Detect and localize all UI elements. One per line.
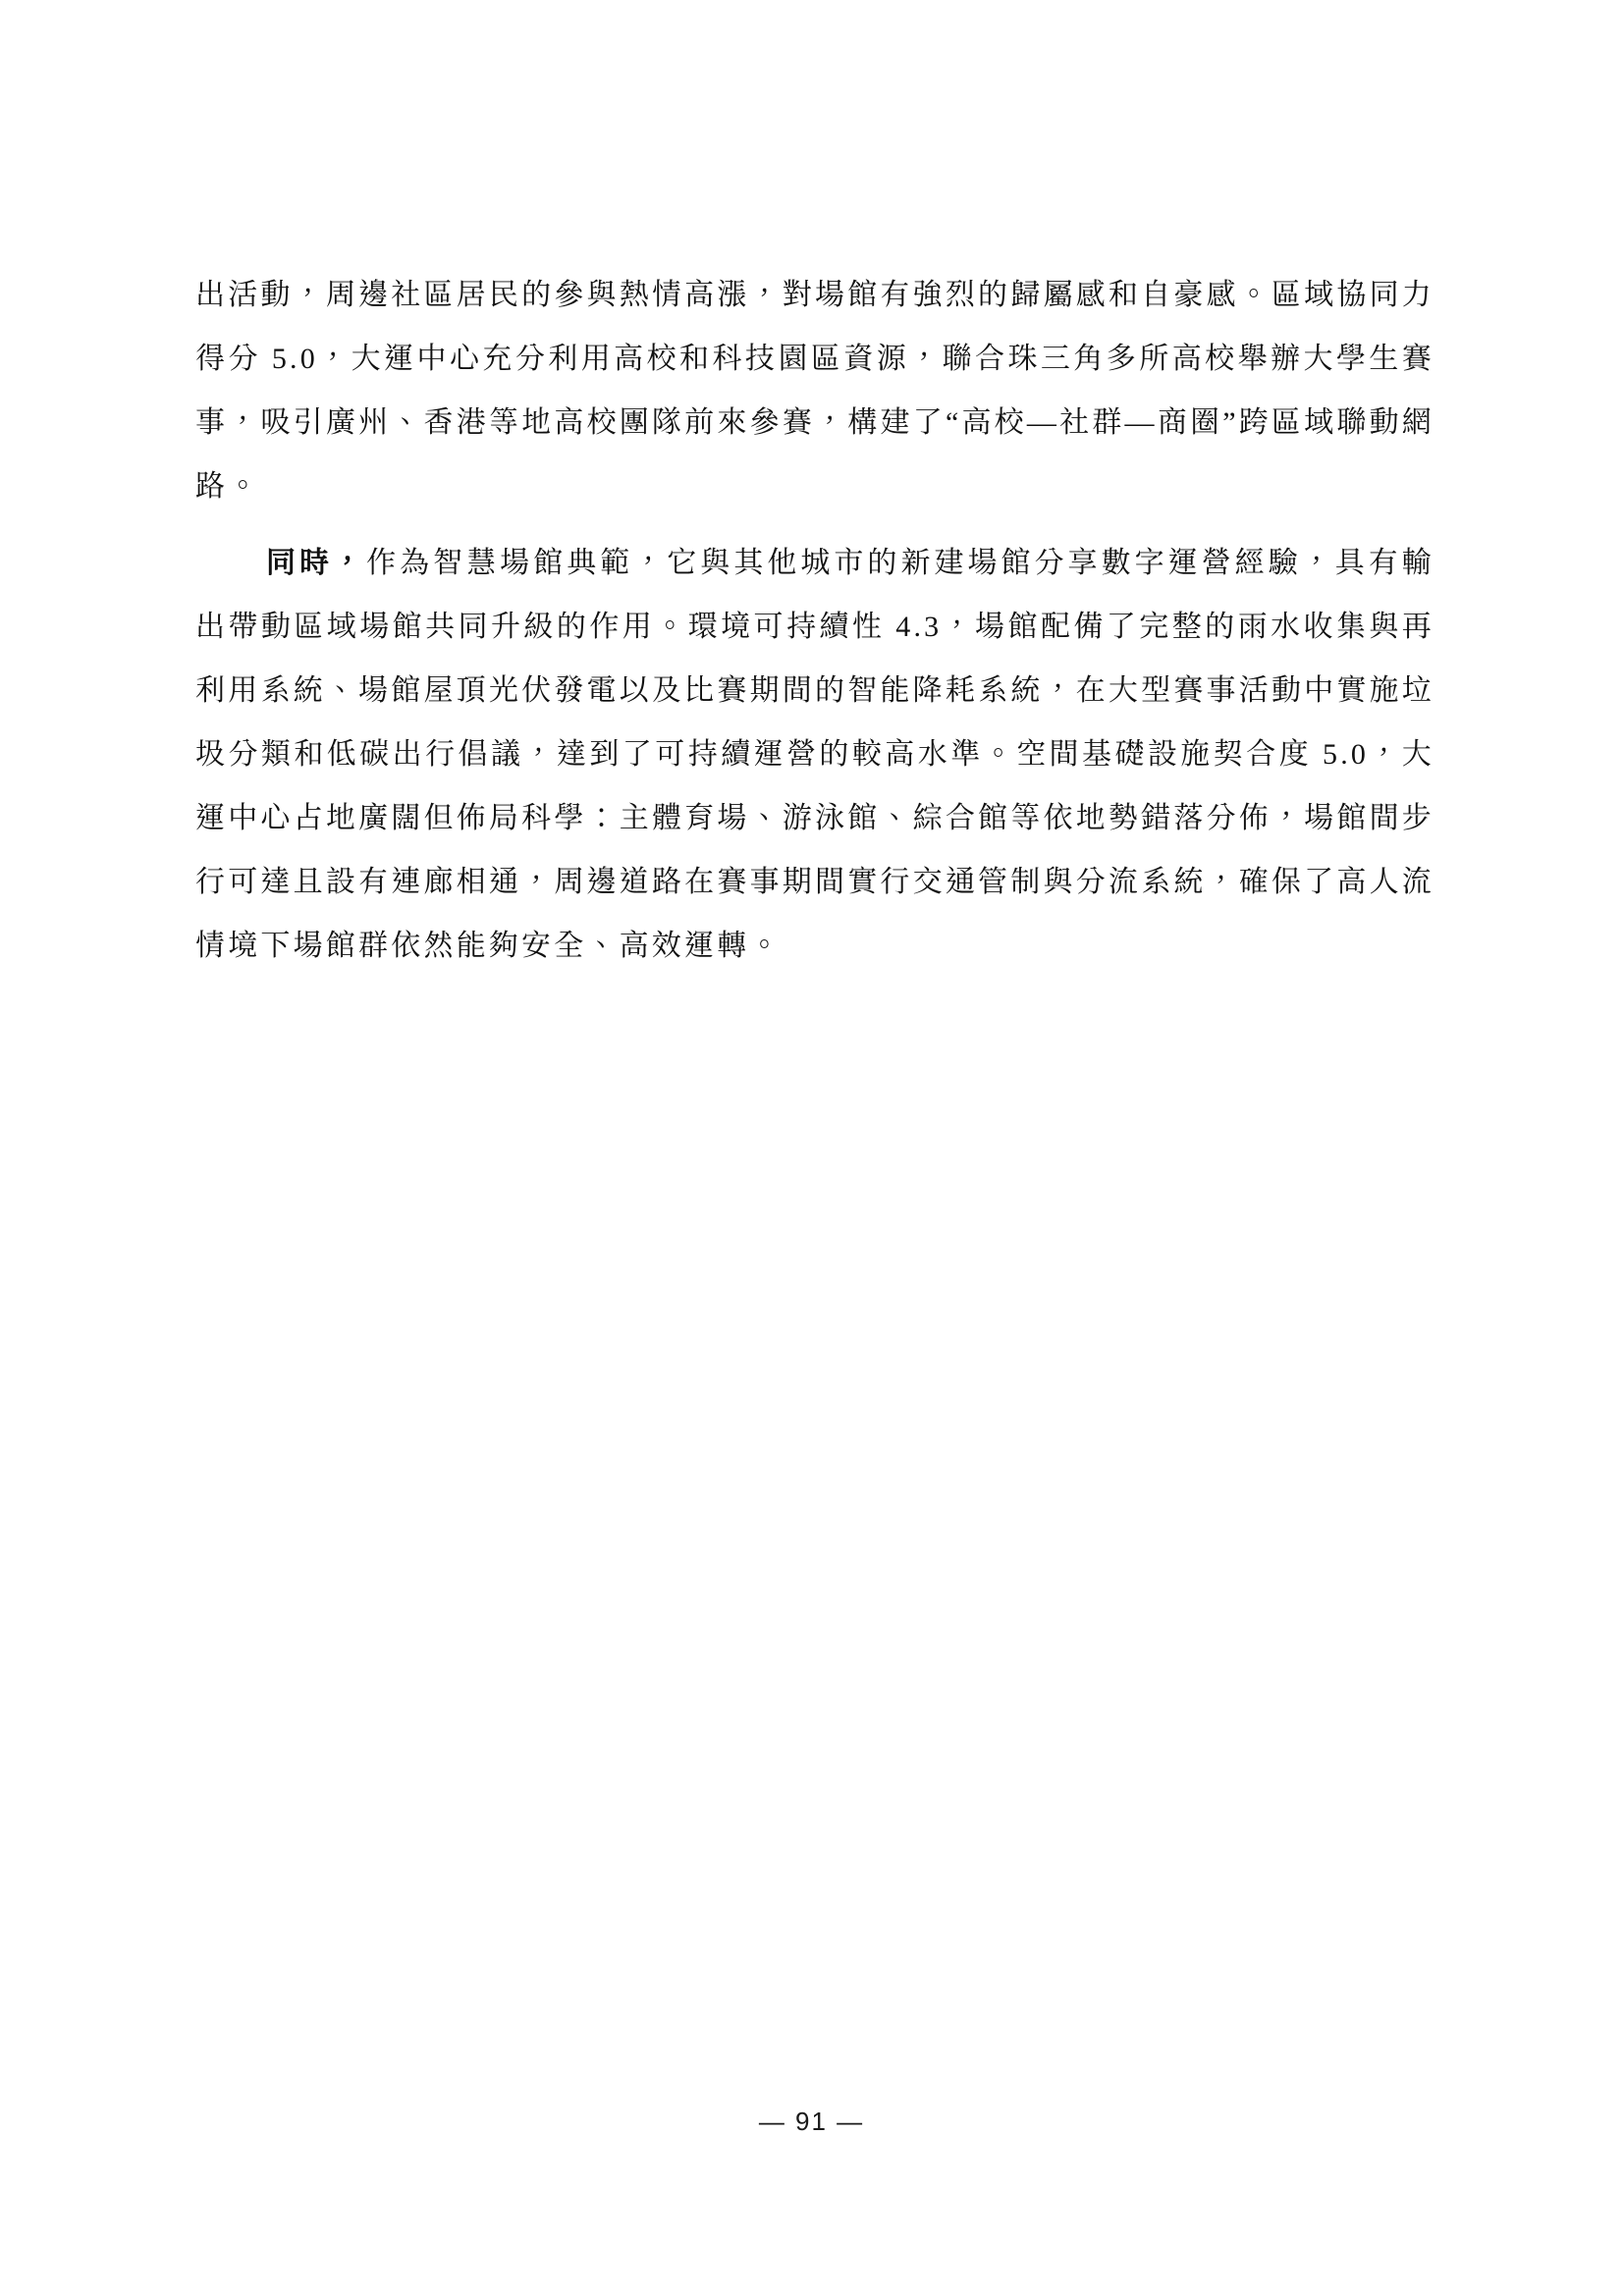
document-page: 出活動，周邊社區居民的參與熱情高漲，對場館有強烈的歸屬感和自豪感。區域協同力得分… — [0, 0, 1623, 2296]
text-block: 出活動，周邊社區居民的參與熱情高漲，對場館有強烈的歸屬感和自豪感。區域協同力得分… — [195, 263, 1434, 990]
paragraph-1: 出活動，周邊社區居民的參與熱情高漲，對場館有強烈的歸屬感和自豪感。區域協同力得分… — [195, 263, 1434, 518]
page-number: — 91 — — [759, 2107, 864, 2136]
paragraph-1-text: 出活動，周邊社區居民的參與熱情高漲，對場館有強烈的歸屬感和自豪感。區域協同力得分… — [195, 279, 1434, 503]
page-footer: — 91 — — [0, 2107, 1623, 2137]
paragraph-2-text: 作為智慧場館典範，它與其他城市的新建場館分享數字運營經驗，具有輸出帶動區域場館共… — [195, 547, 1434, 962]
paragraph-2-bold-lead: 同時， — [266, 547, 366, 579]
paragraph-2: 同時，作為智慧場館典範，它與其他城市的新建場館分享數字運營經驗，具有輸出帶動區域… — [195, 531, 1434, 978]
